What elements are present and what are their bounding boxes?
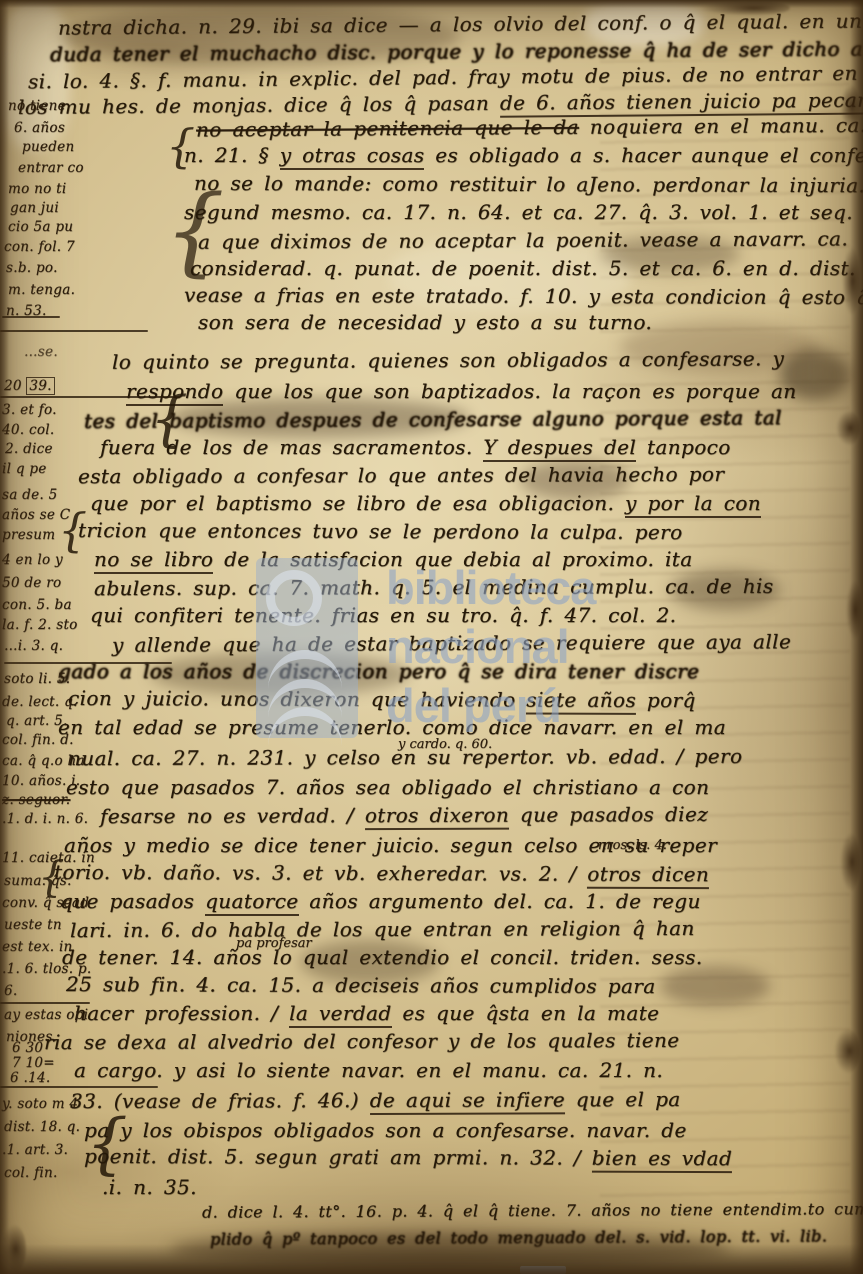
brace-mark: { [86, 1114, 128, 1173]
manuscript-line: d. dice l. 4. tt°. 16. p. 4. q̂ el q̂ ti… [202, 1201, 863, 1221]
manuscript-line: lo quinto se pregunta. quienes son oblig… [112, 348, 784, 373]
manuscript-line: en tal edad se presume tenerlo. como dic… [58, 717, 726, 738]
margin-note: 20 39. [4, 380, 55, 394]
margin-note: la. f. 2. sto [2, 619, 78, 633]
manuscript-line: y allende que ha de estar baptizado se r… [112, 631, 791, 656]
manuscript-line: nstra dicha. n. 29. ibi sa dice — a los … [58, 10, 862, 38]
manuscript-line: poenit. dist. 5. segun grati am prmi. n.… [84, 1146, 732, 1169]
manuscript-line: fesarse no es verdad. / otros dixeron qu… [100, 804, 708, 827]
margin-rule [2, 316, 60, 318]
margin-note: de. lect. q. [2, 696, 78, 710]
interline-note: nros. ls. 4. [598, 839, 667, 852]
margin-note: con. 5. ba [2, 599, 72, 613]
margin-note: …se. [24, 346, 58, 360]
manuscript-line: tes del baptismo despues de confesarse a… [84, 407, 782, 432]
interline-note: pa profesar [236, 937, 312, 950]
manuscript-line: de tener. 14. años lo qual extendio el c… [62, 947, 703, 968]
manuscript-line: son sera de necesidad y esto a su turno. [198, 312, 652, 333]
manuscript-line: no se libro de la satisfacion que debia … [94, 549, 693, 570]
margin-note: 6. años [14, 122, 65, 136]
margin-note: est tex. in [2, 941, 73, 955]
margin-rule [0, 396, 180, 398]
interline-note: y cardo. q. 60. [398, 738, 492, 751]
margin-note: 6 .14. [10, 1072, 50, 1086]
margin-note: mo no ti [8, 183, 66, 197]
margin-note: col. fin. [4, 1167, 58, 1181]
manuscript-line: vease a frias en este tratado. f. 10. y … [184, 285, 863, 309]
page-edge-mark [0, 1224, 26, 1274]
margin-note: con. fol. 7 [4, 241, 75, 255]
margin-note: sa de. 5 [2, 489, 57, 503]
brace-mark: { [150, 392, 188, 446]
margin-note: 50 de ro [2, 577, 61, 591]
brace-mark: { [164, 188, 225, 274]
manuscript-line: cion y juicio. unos dixeron que haviendo… [68, 688, 696, 711]
manuscript-line: lari. in. 6. do habla de los que entran … [70, 918, 695, 941]
brace-mark: { [58, 510, 87, 551]
edge-shadow-bottom [0, 1244, 863, 1274]
margin-note: 6. [4, 985, 17, 999]
margin-note: presum [2, 529, 55, 543]
margin-note: 10. años. i. [2, 775, 80, 789]
margin-note: col. fin. d. [2, 734, 74, 748]
margin-note: 2. dice [5, 443, 53, 457]
margin-note: ueste tn [4, 919, 62, 933]
margin-note: soto li. 5. [4, 673, 70, 687]
edge-shadow-top [0, 0, 863, 8]
manuscript-line: pa y los obispos obligados son a confesa… [84, 1120, 687, 1141]
tape-fragment [520, 1266, 566, 1274]
manuscript-line: segund mesmo. ca. 17. n. 64. et ca. 27. … [184, 202, 863, 223]
margin-rule [0, 1002, 90, 1004]
margin-note: pueden [22, 141, 74, 155]
margin-note: cio 5a pu [8, 221, 73, 235]
manuscript-line: 33. (vease de frias. f. 46.) de aqui se … [70, 1089, 681, 1112]
margin-note: 6 30 [12, 1042, 43, 1056]
manuscript-line: abulens. sup. ca. 7. math. q. 5. el medi… [94, 576, 774, 599]
margin-note: ay estas opi [4, 1009, 88, 1023]
manuscript-line: torio. vb. daño. vs. 3. et vb. exheredar… [54, 862, 709, 885]
margin-note: .1. art. 3. [2, 1144, 68, 1158]
margin-note: z. seguor. [2, 794, 70, 808]
margin-rule [4, 662, 172, 664]
page-edge-mark [840, 832, 860, 892]
page-edge-mark [846, 580, 862, 640]
manuscript-line: hacer profession. / la verdad es que q̂s… [74, 1003, 659, 1024]
margin-note: .1. d. i. n. 6. [2, 813, 88, 827]
manuscript-line: tricion que entonces tuvo se le perdono … [78, 520, 683, 543]
ink-stain [660, 966, 770, 1006]
manuscript-line: respondo que los que son baptizados. la … [126, 381, 797, 402]
margin-note: 40. col. [2, 424, 54, 438]
manuscript-line: fuera de los de mas sacramentos. Y despu… [100, 437, 731, 458]
margin-note: no tiene [8, 100, 66, 114]
margin-note: m. tenga. [8, 284, 75, 298]
page-edge-mark [834, 1028, 860, 1074]
manuscript-line: que pasados quatorce años argumento del.… [60, 891, 701, 912]
margin-note: y. soto m 4 [2, 1098, 78, 1112]
manuscript-line: esta obligado a confesar lo que antes de… [78, 464, 724, 487]
manuscript-page: nstra dicha. n. 29. ibi sa dice — a los … [0, 0, 863, 1274]
manuscript-line: que por el baptismo se libro de esa obli… [90, 493, 761, 514]
manuscript-line: n. 21. § y otras cosas es obligado a s. … [184, 145, 863, 166]
margin-note: 3. et fo. [2, 404, 57, 418]
margin-note: dist. 18. q. [4, 1121, 80, 1135]
margin-note: q. art. 5. [6, 715, 68, 729]
manuscript-line: no se lo mande: como restituir lo aJeno.… [194, 173, 863, 196]
manuscript-line: considerad. q. punat. de poenit. dist. 5… [190, 258, 863, 279]
manuscript-line: a cargo. y asi lo siente navar. en el ma… [74, 1060, 663, 1081]
margin-rule [0, 1086, 158, 1088]
margin-note: .1. 6. tlos. p. [2, 963, 91, 977]
brace-mark: { [166, 126, 195, 167]
margin-note: entrar co [18, 162, 84, 176]
margin-note: ca. q̂ q.o ha [2, 755, 85, 769]
margin-note: s.b. po. [6, 262, 58, 276]
margin-note: il q pe [2, 463, 47, 477]
margin-note: …i. 3. q. [4, 640, 63, 654]
margin-note: gan jui [10, 202, 59, 216]
manuscript-line: no aceptar la penitencia que le da noqui… [196, 115, 863, 141]
manuscript-line: plido q̂ pº tanpoco es del todo menguado… [210, 1228, 827, 1248]
page-edge-mark [836, 410, 860, 446]
manuscript-line: gado a los años de discrecion pero q̂ se… [58, 661, 699, 682]
margin-note: 4 en lo y [2, 554, 63, 568]
manuscript-line: qui confiteri tenente. frias en su tro. … [90, 605, 676, 626]
manuscript-line: 25 sub fin. 4. ca. 15. a deciseis años c… [66, 974, 656, 997]
brace-mark: { [38, 858, 65, 896]
manuscript-line: ria se dexa al alvedrio del confesor y d… [44, 1030, 680, 1053]
manuscript-line: a que diximos de no aceptar la poenit. v… [198, 228, 848, 252]
margin-rule [0, 330, 148, 332]
manuscript-line: esto que pasados 7. años sea obligado el… [66, 777, 709, 798]
margin-note: 7 10= [12, 1057, 55, 1071]
